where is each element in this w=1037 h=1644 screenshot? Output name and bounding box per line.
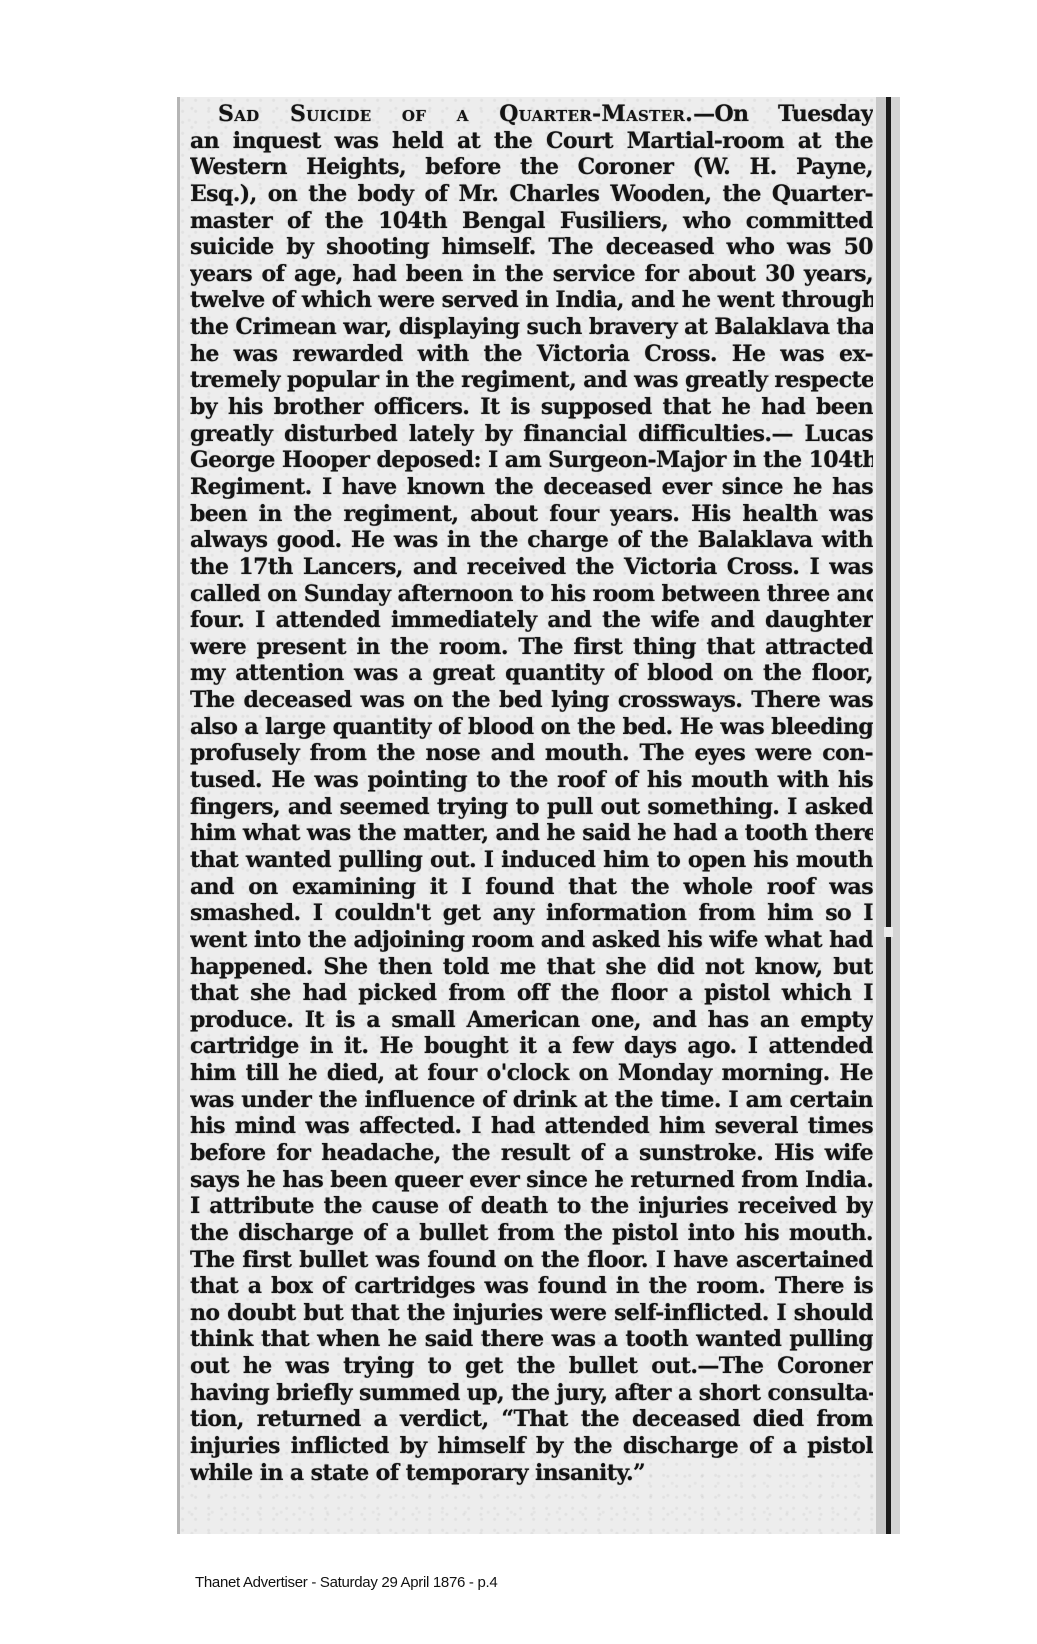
article-line: suicide by shooting himself. The decease…	[190, 234, 873, 261]
article-line: he was rewarded with the Victoria Cross.…	[190, 341, 873, 368]
article-line: been in the regiment, about four years. …	[190, 501, 873, 528]
column-rule-break	[884, 927, 893, 937]
article-line: cartridge in it. He bought it a few days…	[190, 1033, 873, 1060]
article-line: Regiment. I have known the deceased ever…	[190, 474, 873, 501]
article-line: by his brother officers. It is supposed …	[190, 394, 873, 421]
source-caption: Thanet Advertiser - Saturday 29 April 18…	[195, 1574, 497, 1591]
article-line: Western Heights, before the Coroner (W. …	[190, 154, 873, 181]
article-line: years of age, had been in the service fo…	[190, 261, 873, 288]
article-line: happened. She then told me that she did …	[190, 954, 873, 981]
article-line: his mind was affected. I had attended hi…	[190, 1113, 873, 1140]
article-line: greatly disturbed lately by financial di…	[190, 421, 873, 448]
article-line: went into the adjoining room and asked h…	[190, 927, 873, 954]
article-headline: Sad Suicide of a Quarter-Master.	[218, 101, 693, 127]
article-line: fingers, and seemed trying to pull out s…	[190, 794, 873, 821]
article-line: no doubt but that the injuries were self…	[190, 1300, 873, 1327]
article-line-final: while in a state of temporary insanity.”	[190, 1460, 873, 1487]
adjacent-column-margin	[891, 97, 900, 1534]
article-body: Sad Suicide of a Quarter-Master.—On Tues…	[190, 101, 873, 1486]
article-line-headline: Sad Suicide of a Quarter-Master.—On Tues…	[190, 101, 873, 128]
article-line: the 17th Lancers, and received the Victo…	[190, 554, 873, 581]
article-line: an inquest was held at the Court Martial…	[190, 128, 873, 155]
article-line: always good. He was in the charge of the…	[190, 527, 873, 554]
article-line: tused. He was pointing to the roof of hi…	[190, 767, 873, 794]
article-line: injuries inflicted by himself by the dis…	[190, 1433, 873, 1460]
article-line: Esq.), on the body of Mr. Charles Wooden…	[190, 181, 873, 208]
article-line: my attention was a great quantity of blo…	[190, 660, 873, 687]
article-line: was under the influence of drink at the …	[190, 1087, 873, 1114]
article-line: produce. It is a small American one, and…	[190, 1007, 873, 1034]
column-shadow	[876, 97, 886, 1534]
article-line: him till he died, at four o'clock on Mon…	[190, 1060, 873, 1087]
article-line: having briefly summed up, the jury, afte…	[190, 1380, 873, 1407]
article-line: I attribute the cause of death to the in…	[190, 1193, 873, 1220]
article-line: The first bullet was found on the floor.…	[190, 1247, 873, 1274]
article-line: twelve of which were served in India, an…	[190, 287, 873, 314]
newspaper-clipping-scan: Sad Suicide of a Quarter-Master.—On Tues…	[177, 97, 900, 1534]
article-line: that she had picked from off the floor a…	[190, 980, 873, 1007]
article-line: before for headache, the result of a sun…	[190, 1140, 873, 1167]
article-line: profusely from the nose and mouth. The e…	[190, 740, 873, 767]
article-line: and on examining it I found that the who…	[190, 874, 873, 901]
column-rule	[886, 97, 891, 1534]
article-line: George Hooper deposed: I am Surgeon-Majo…	[190, 447, 873, 474]
article-line: that a box of cartridges was found in th…	[190, 1273, 873, 1300]
article-line: called on Sunday afternoon to his room b…	[190, 581, 873, 608]
article-line: four. I attended immediately and the wif…	[190, 607, 873, 634]
article-line: master of the 104th Bengal Fusiliers, wh…	[190, 208, 873, 235]
article-line: were present in the room. The first thin…	[190, 634, 873, 661]
article-line: him what was the matter, and he said he …	[190, 820, 873, 847]
article-line: The deceased was on the bed lying crossw…	[190, 687, 873, 714]
article-line: that wanted pulling out. I induced him t…	[190, 847, 873, 874]
article-line: —On Tuesday	[693, 101, 873, 127]
article-line: tremely popular in the regiment, and was…	[190, 367, 873, 394]
article-line: tion, returned a verdict, “That the dece…	[190, 1406, 873, 1433]
article-line: think that when he said there was a toot…	[190, 1326, 873, 1353]
article-line: says he has been queer ever since he ret…	[190, 1167, 873, 1194]
article-line: the discharge of a bullet from the pisto…	[190, 1220, 873, 1247]
article-line: out he was trying to get the bullet out.…	[190, 1353, 873, 1380]
article-line: the Crimean war, displaying such bravery…	[190, 314, 873, 341]
article-line: smashed. I couldn't get any information …	[190, 900, 873, 927]
article-line: also a large quantity of blood on the be…	[190, 714, 873, 741]
